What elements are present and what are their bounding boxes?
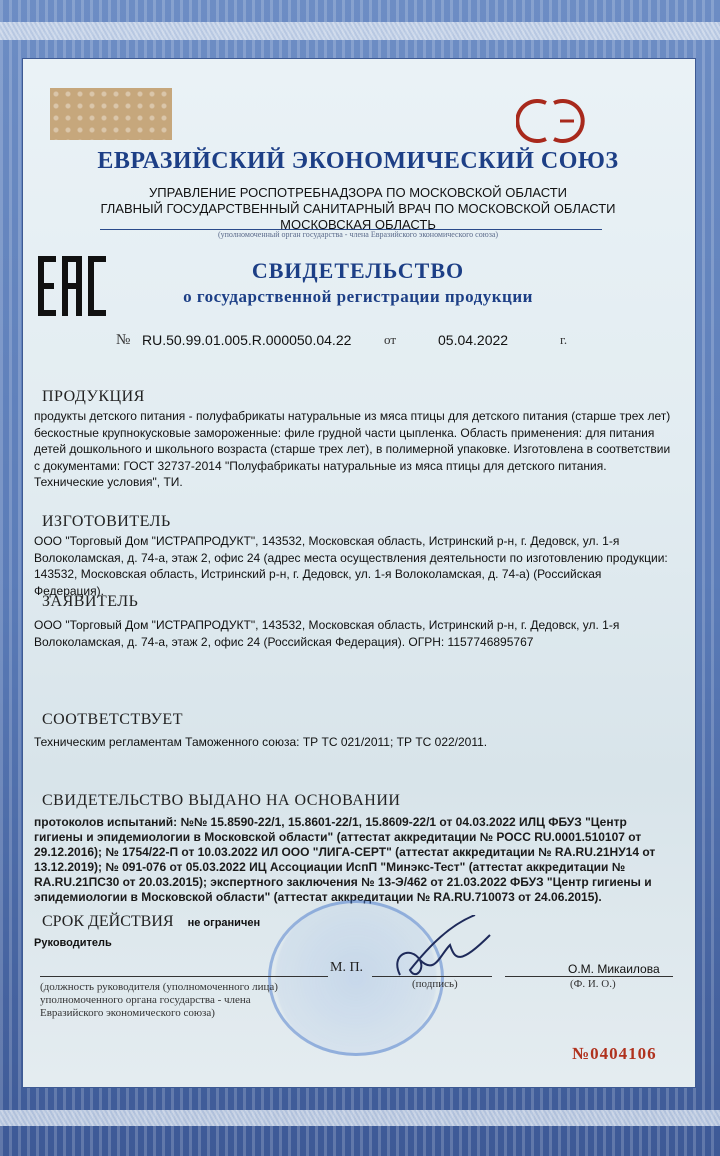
certificate-number: RU.50.99.01.005.R.000050.04.22 xyxy=(142,332,351,348)
issuing-organization: УПРАВЛЕНИЕ РОСПОТРЕБНАДЗОРА ПО МОСКОВСКО… xyxy=(22,185,694,233)
section-text: протоколов испытаний: №№ 15.8590-22/1, 1… xyxy=(34,815,674,905)
section-basis: СВИДЕТЕЛЬСТВО ВЫДАНО НА ОСНОВАНИИ проток… xyxy=(34,791,674,905)
section-title: СВИДЕТЕЛЬСТВО ВЫДАНО НА ОСНОВАНИИ xyxy=(34,791,674,811)
position-note: (должность руководителя (уполномоченного… xyxy=(40,981,310,1020)
validity-value: не ограничен xyxy=(188,917,261,929)
section-applicant: ЗАЯВИТЕЛЬ ООО "Торговый Дом "ИСТРАПРОДУК… xyxy=(34,592,674,650)
section-title: ЗАЯВИТЕЛЬ xyxy=(34,592,674,612)
validity-row: СРОК ДЕЙСТВИЯне ограничен xyxy=(42,913,260,931)
section-text: Техническим регламентам Таможенного союз… xyxy=(34,734,674,751)
section-text: ООО "Торговый Дом "ИСТРАПРОДУКТ", 143532… xyxy=(34,533,674,599)
section-text: ООО "Торговый Дом "ИСТРАПРОДУКТ", 143532… xyxy=(34,617,674,650)
ce-logo-icon xyxy=(516,95,596,147)
validity-title: СРОК ДЕЙСТВИЯ xyxy=(42,913,174,930)
signature-note: (подпись) xyxy=(412,978,458,991)
year-suffix: г. xyxy=(560,332,567,348)
fio-note: (Ф. И. О.) xyxy=(570,978,616,991)
seal-place-label: М. П. xyxy=(330,960,363,976)
fio-line xyxy=(505,976,673,977)
section-product: ПРОДУКЦИЯ продукты детского питания - по… xyxy=(34,387,674,491)
serial-number: №0404106 xyxy=(572,1044,657,1064)
border-guilloche-bottom xyxy=(0,1110,720,1126)
org-line: УПРАВЛЕНИЕ РОСПОТРЕБНАДЗОРА ПО МОСКОВСКО… xyxy=(22,185,694,201)
section-title: СООТВЕТСТВУЕТ xyxy=(34,710,674,730)
number-label: № xyxy=(116,332,130,349)
certificate-number-row: № RU.50.99.01.005.R.000050.04.22 от 05.0… xyxy=(0,332,720,352)
section-manufacturer: ИЗГОТОВИТЕЛЬ ООО "Торговый Дом "ИСТРАПРО… xyxy=(34,512,674,599)
section-text: продукты детского питания - полуфабрикат… xyxy=(34,408,674,491)
certificate-title: СВИДЕТЕЛЬСТВО xyxy=(22,258,694,284)
section-complies: СООТВЕТСТВУЕТ Техническим регламентам Та… xyxy=(34,710,674,751)
section-title: ПРОДУКЦИЯ xyxy=(34,387,674,407)
head-label: Руководитель xyxy=(34,937,112,949)
position-line xyxy=(40,976,328,977)
from-label: от xyxy=(384,332,396,348)
border-guilloche-top xyxy=(0,22,720,40)
signatory-name: О.М. Микаилова xyxy=(568,962,660,976)
certificate-date: 05.04.2022 xyxy=(438,332,508,348)
certificate-subtitle: о государственной регистрации продукции xyxy=(22,287,694,307)
section-title: ИЗГОТОВИТЕЛЬ xyxy=(34,512,674,532)
union-title: ЕВРАЗИЙСКИЙ ЭКОНОМИЧЕСКИЙ СОЮЗ xyxy=(22,148,694,175)
org-line: ГЛАВНЫЙ ГОСУДАРСТВЕННЫЙ САНИТАРНЫЙ ВРАЧ … xyxy=(22,201,694,217)
org-note: (уполномоченный орган государства - член… xyxy=(22,230,694,239)
hologram-sticker xyxy=(50,88,172,140)
